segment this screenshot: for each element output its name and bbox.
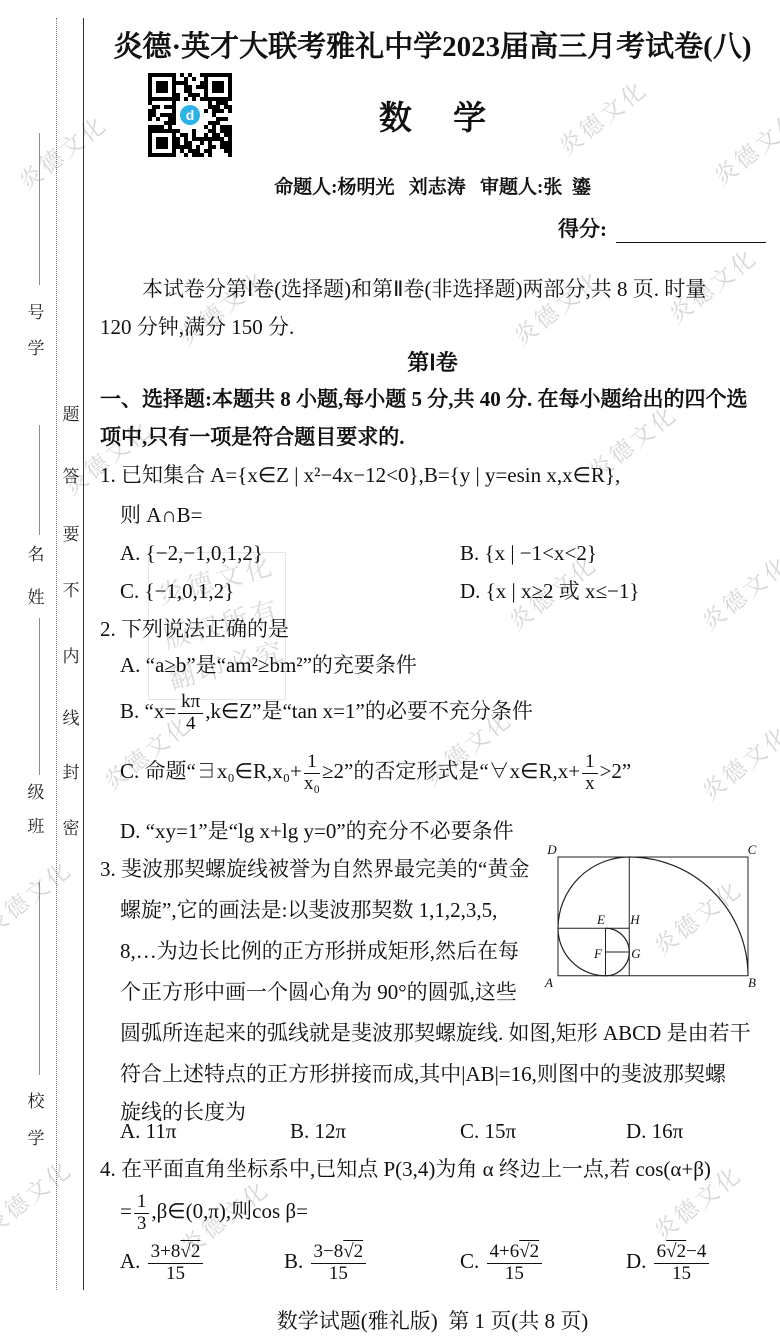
- figure-rect-abcd: [558, 857, 748, 976]
- figure-label-e: E: [596, 912, 605, 927]
- numerator-text: 4+6: [490, 1241, 520, 1262]
- authors-line: 命题人:杨明光 刘志涛 审题人:张 鎏: [100, 172, 765, 199]
- radical: √2: [343, 1241, 363, 1262]
- radical: √2: [180, 1241, 200, 1262]
- student-field-char: 班: [25, 812, 47, 837]
- seal-text-char: 内: [60, 642, 82, 667]
- fraction-denominator: x₀: [304, 774, 320, 795]
- seal-text-char: 要: [60, 520, 82, 545]
- class-fill-line: [39, 618, 40, 775]
- figure-label-c: C: [748, 842, 757, 857]
- fraction-numerator: kπ: [178, 692, 203, 714]
- question-2-option-a: A. “a≥b”是“am²≥bm²”的充要条件: [120, 650, 417, 680]
- fraction-denominator: 4: [178, 714, 203, 735]
- question-4-option-d: D. 6√2−415: [626, 1242, 711, 1285]
- fraction-numerator: 6√2−4: [654, 1242, 710, 1264]
- student-id-fill-line: [39, 133, 40, 285]
- seal-dotted-line: [56, 18, 57, 1290]
- fraction-numerator: 1: [582, 752, 598, 774]
- question-3-stem: 螺旋”,它的画法是:以斐波那契数 1,1,2,3,5,: [120, 895, 497, 925]
- intro-line: 本试卷分第Ⅰ卷(选择题)和第Ⅱ卷(非选择题)两部分,共 8 页. 时量: [142, 274, 706, 304]
- question-4-option-b: B. 3−8√215: [284, 1242, 368, 1285]
- student-field-char: 名: [25, 540, 47, 565]
- seal-solid-line: [83, 18, 84, 1290]
- exam-paper-page: 炎德文化 炎德文化 炎德文化 炎德文化 炎德文化 炎德文化 炎德文化 炎德文化 …: [0, 0, 780, 1344]
- figure-label-f: F: [593, 946, 603, 961]
- numerator-text: 3−8: [314, 1241, 344, 1262]
- question-1-stem: 则 A∩B=: [120, 500, 202, 530]
- fraction-denominator: 3: [134, 1214, 150, 1235]
- question-3-stem: 个正方形中画一个圆心角为 90°的圆弧,这些: [120, 977, 517, 1007]
- option-label: C.: [460, 1249, 479, 1273]
- figure-label-b: B: [748, 975, 756, 990]
- numerator-text: 6: [657, 1241, 667, 1262]
- fraction-denominator: 15: [487, 1264, 543, 1285]
- fraction: kπ4: [178, 692, 203, 735]
- option-text: C. 命题“∃x₀∈R,x₀+: [120, 759, 302, 783]
- fraction-denominator: 15: [654, 1264, 710, 1285]
- school-fill-line: [39, 882, 40, 1075]
- fraction: 4+6√215: [487, 1242, 543, 1285]
- fraction-numerator: 1: [134, 1192, 150, 1214]
- watermark: 炎德文化: [694, 546, 780, 636]
- option-text: ,k∈Z”是“tan x=1”的必要不充分条件: [205, 699, 533, 723]
- question-3-stem: 圆弧所连起来的弧线就是斐波那契螺旋线. 如图,矩形 ABCD 是由若干: [120, 1018, 751, 1048]
- page-footer: 数学试题(雅礼版) 第 1 页(共 8 页): [100, 1306, 765, 1336]
- question-1-option-d: D. {x | x≥2 或 x≤−1}: [460, 576, 639, 606]
- fraction-numerator: 1: [304, 752, 320, 774]
- option-text: >2”: [600, 759, 632, 783]
- fraction: 1x₀: [304, 752, 320, 795]
- fraction-numerator: 4+6√2: [487, 1242, 543, 1264]
- score-row: 得分:: [558, 214, 607, 244]
- question-3-option-c: C. 15π: [460, 1116, 516, 1146]
- student-field-char: 学: [25, 1124, 47, 1149]
- spiral-curve: [558, 857, 748, 976]
- name-fill-line: [39, 425, 40, 535]
- seal-text-char: 题: [60, 400, 82, 425]
- instructions-line: 项中,只有一项是符合题目要求的.: [100, 422, 405, 452]
- figure-label-a: A: [544, 975, 553, 990]
- student-field-char: 号: [25, 298, 47, 323]
- question-4-stem: 4. 在平面直角坐标系中,已知点 P(3,4)为角 α 终边上一点,若 cos(…: [100, 1154, 711, 1184]
- option-label: B.: [284, 1249, 303, 1273]
- fraction-denominator: 15: [148, 1264, 204, 1285]
- fraction: 3−8√215: [311, 1242, 367, 1285]
- question-1-option-b: B. {x | −1<x<2}: [460, 538, 597, 568]
- figure-label-d: D: [546, 842, 557, 857]
- seal-text-char: 线: [60, 704, 82, 729]
- question-4-stem: =13,β∈(0,π),则cos β=: [120, 1192, 308, 1235]
- fraction-denominator: x: [582, 774, 598, 795]
- question-2-option-c: C. 命题“∃x₀∈R,x₀+1x₀≥2”的否定形式是“∀x∈R,x+1x>2”: [120, 752, 631, 795]
- numerator-text: −4: [686, 1241, 706, 1262]
- option-label: D.: [626, 1249, 646, 1273]
- radical: √2: [666, 1241, 686, 1262]
- instructions-line: 一、选择题:本题共 8 小题,每小题 5 分,共 40 分. 在每小题给出的四个…: [100, 384, 748, 414]
- fraction-numerator: 3+8√2: [148, 1242, 204, 1264]
- question-3-stem: 符合上述特点的正方形拼接而成,其中|AB|=16,则图中的斐波那契螺: [120, 1059, 726, 1089]
- option-label: A.: [120, 1249, 140, 1273]
- option-text: B. “x=: [120, 699, 176, 723]
- subject-title: 数 学: [100, 92, 765, 139]
- fraction: 13: [134, 1192, 150, 1235]
- fraction-numerator: 3−8√2: [311, 1242, 367, 1264]
- seal-text-char: 答: [60, 462, 82, 487]
- fraction-denominator: 15: [311, 1264, 367, 1285]
- fibonacci-spiral-figure: D C A B E H F G: [538, 840, 773, 992]
- figure-label-g: G: [631, 946, 641, 961]
- question-3-stem: 3. 斐波那契螺旋线被誉为自然界最完美的“黄金: [100, 854, 529, 884]
- question-2-option-d: D. “xy=1”是“lg x+lg y=0”的充分不必要条件: [120, 816, 514, 846]
- figure-label-h: H: [629, 912, 640, 927]
- equation-text: ,β∈(0,π),则cos β=: [151, 1199, 308, 1223]
- question-1-option-c: C. {−1,0,1,2}: [120, 576, 234, 606]
- radical: √2: [519, 1241, 539, 1262]
- watermark: 炎德文化: [11, 106, 113, 196]
- option-text: ≥2”的否定形式是“∀x∈R,x+: [322, 759, 580, 783]
- question-3-option-a: A. 11π: [120, 1116, 177, 1146]
- question-3-stem: 8,…为边长比例的正方形拼成矩形,然后在每: [120, 936, 519, 966]
- section-title: 第Ⅰ卷: [100, 346, 765, 377]
- seal-text-char: 密: [60, 814, 82, 839]
- numerator-text: 3+8: [151, 1241, 181, 1262]
- question-2-stem: 2. 下列说法正确的是: [100, 614, 289, 644]
- question-4-option-a: A. 3+8√215: [120, 1242, 205, 1285]
- student-field-char: 姓: [25, 583, 47, 608]
- watermark: 炎德文化: [0, 1151, 78, 1241]
- watermark: 炎德文化: [694, 716, 780, 806]
- seal-text-char: 不: [60, 576, 82, 601]
- fraction: 3+8√215: [148, 1242, 204, 1285]
- question-1-option-a: A. {−2,−1,0,1,2}: [120, 538, 263, 568]
- question-3-option-d: D. 16π: [626, 1116, 683, 1146]
- question-2-option-b: B. “x=kπ4,k∈Z”是“tan x=1”的必要不充分条件: [120, 692, 533, 735]
- student-field-char: 学: [25, 334, 47, 359]
- equation-text: =: [120, 1199, 132, 1223]
- fraction: 6√2−415: [654, 1242, 710, 1285]
- fraction: 1x: [582, 752, 598, 795]
- student-field-char: 级: [25, 778, 47, 803]
- exam-title: 炎德·英才大联考雅礼中学2023届高三月考试卷(八): [100, 24, 765, 65]
- question-3-option-b: B. 12π: [290, 1116, 346, 1146]
- seal-text-char: 封: [60, 758, 82, 783]
- student-field-char: 校: [25, 1087, 47, 1112]
- intro-line: 120 分钟,满分 150 分.: [100, 312, 294, 342]
- score-label: 得分:: [558, 217, 607, 241]
- question-1-stem: 1. 已知集合 A={x∈Z | x²−4x−12<0},B={y | y=es…: [100, 460, 620, 490]
- question-4-option-c: C. 4+6√215: [460, 1242, 544, 1285]
- score-blank-line: [616, 218, 766, 243]
